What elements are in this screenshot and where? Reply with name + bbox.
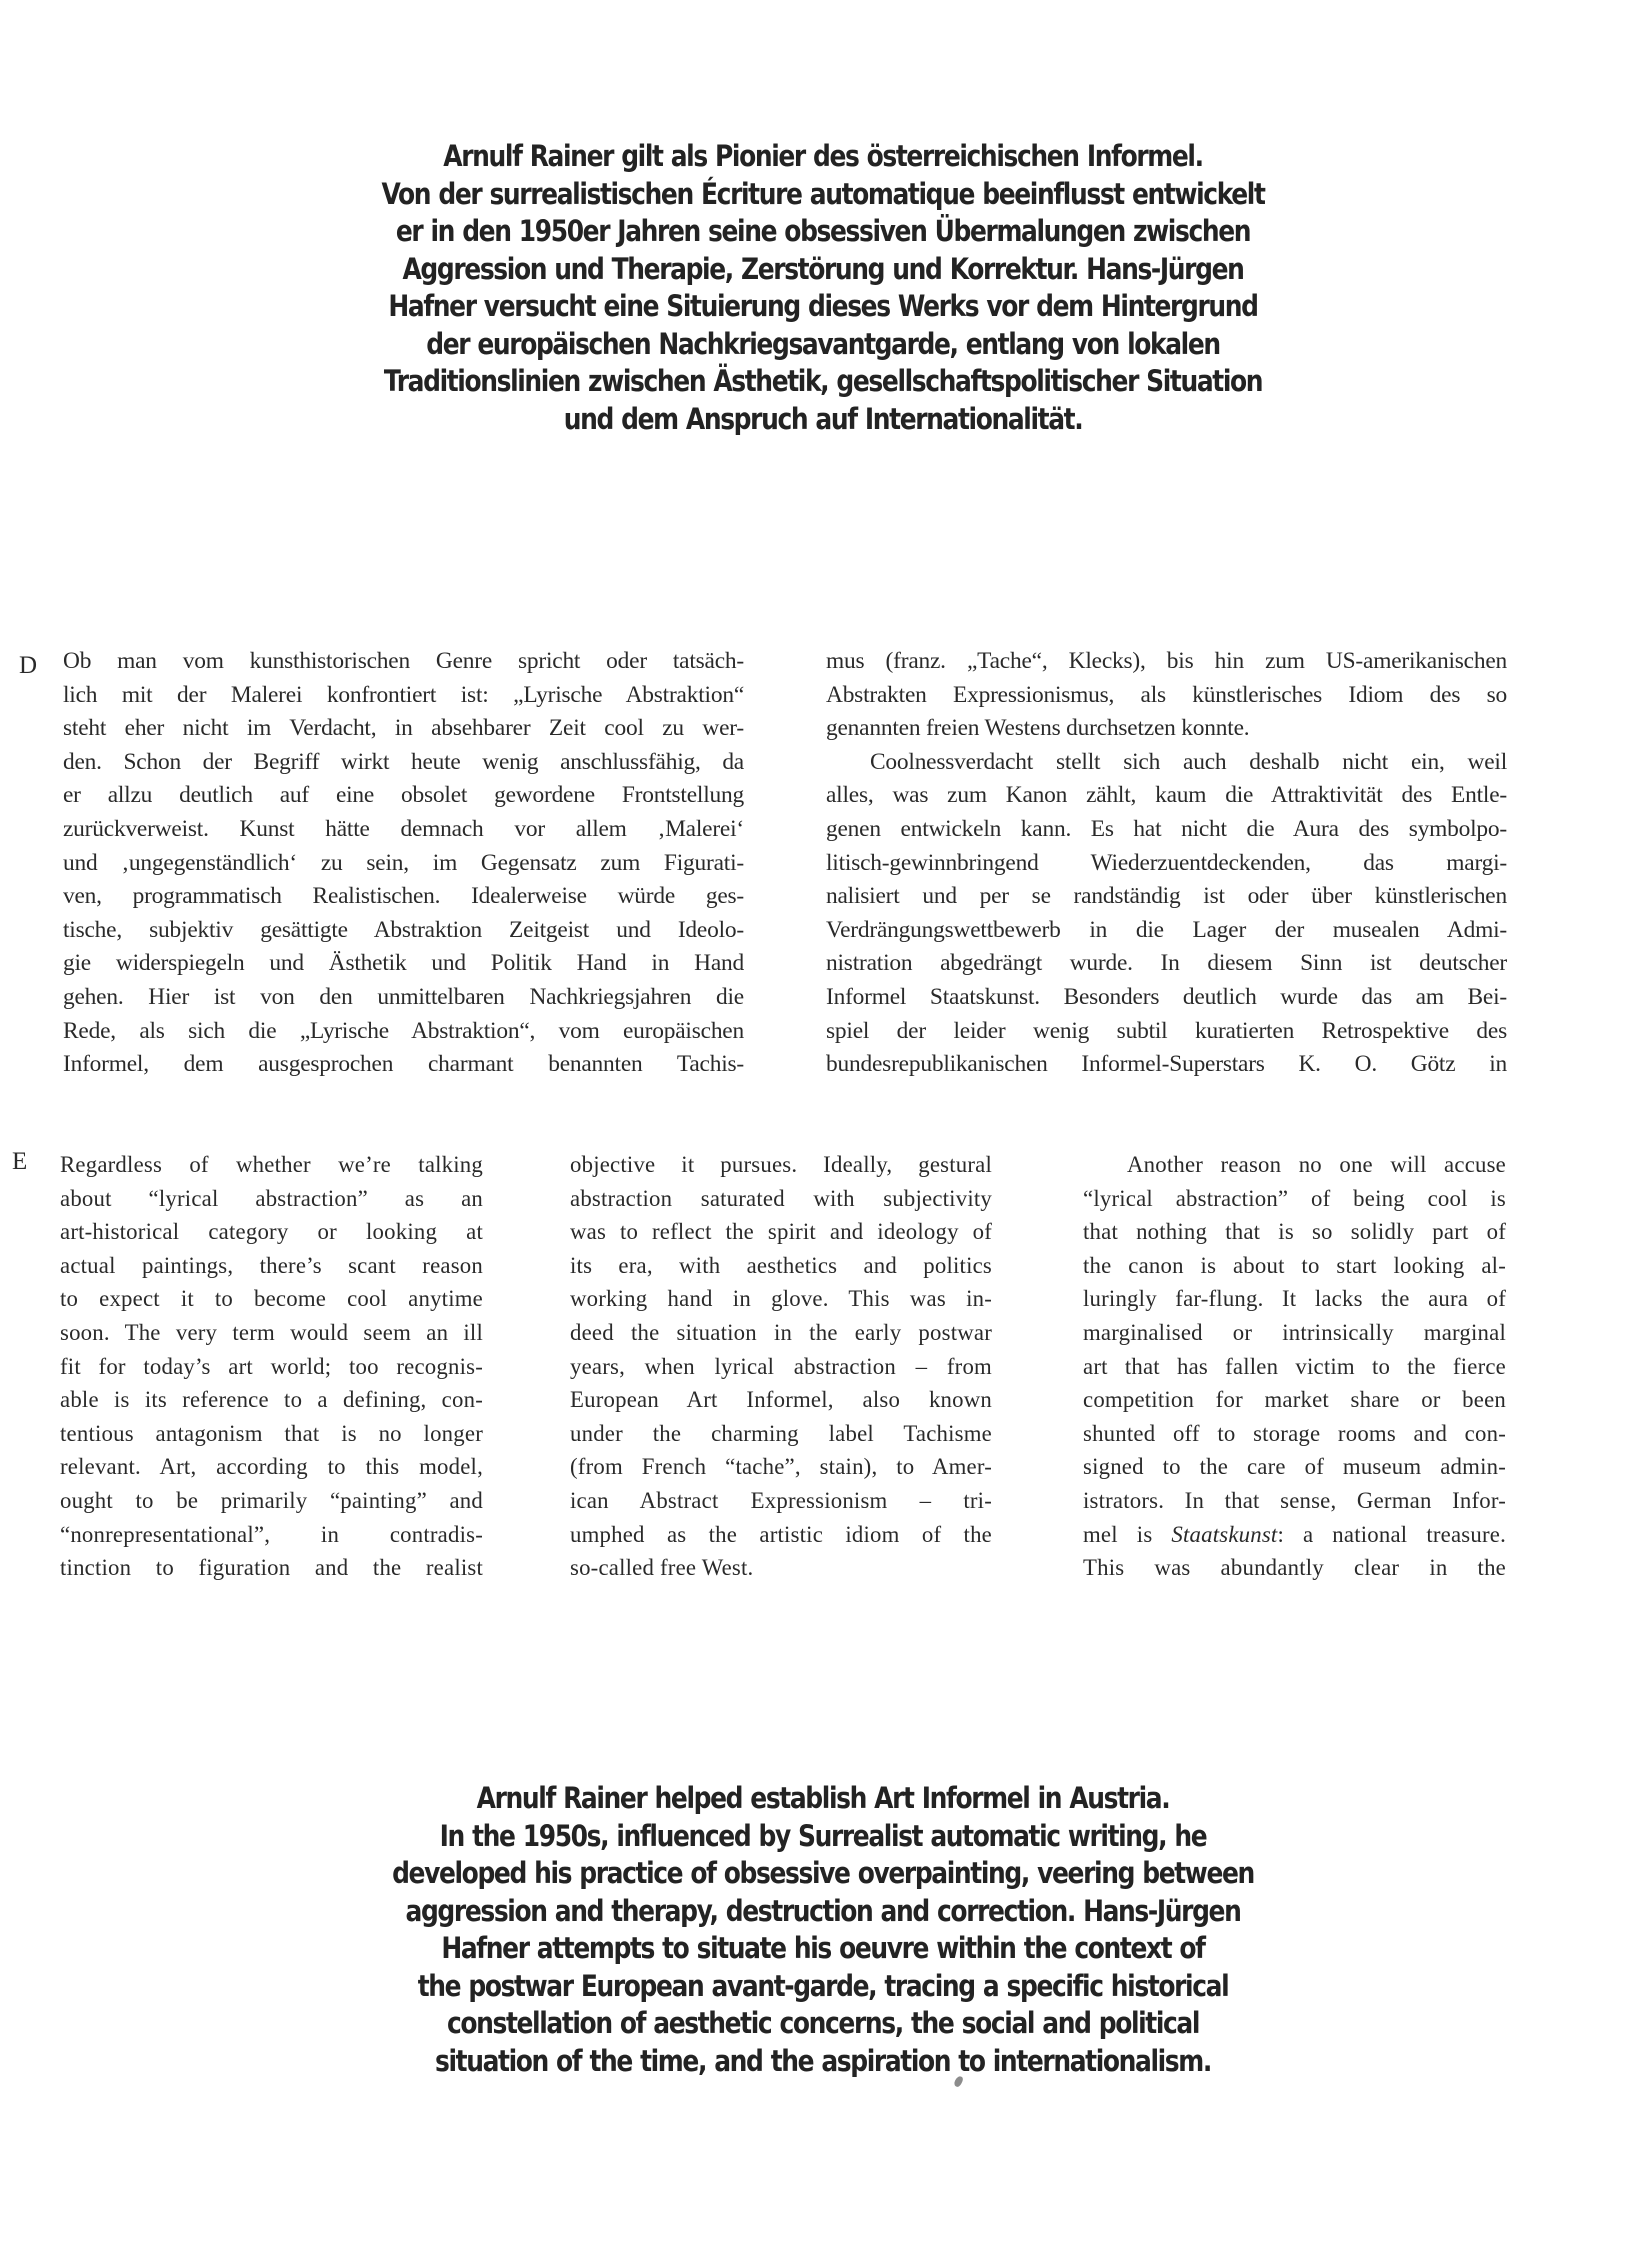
- text-line: objective it pursues. Ideally, gestural: [570, 1148, 992, 1182]
- text-fragment: : a national treasure.: [1277, 1522, 1506, 1547]
- text-fragment: mel is: [1083, 1522, 1171, 1547]
- abstract-line: und dem Anspruch auf Internationalität.: [287, 401, 1359, 439]
- abstract-line: constellation of aesthetic concerns, the…: [287, 2005, 1359, 2043]
- text-line: lich mit der Malerei konfrontiert ist: „…: [63, 679, 744, 713]
- language-marker-english: E: [12, 1148, 27, 1176]
- text-line: ican Abstract Expressionism – tri-: [570, 1484, 992, 1518]
- text-line: deed the situation in the early postwar: [570, 1316, 992, 1350]
- text-line: competition for market share or been: [1083, 1383, 1506, 1417]
- text-line: (from French “tache”, stain), to Amer-: [570, 1450, 992, 1484]
- text-line: relevant. Art, according to this model,: [60, 1450, 483, 1484]
- text-line: zurückverweist. Kunst hätte demnach vor …: [63, 813, 744, 847]
- abstract-line: Von der surrealistischen Écriture automa…: [287, 176, 1359, 214]
- text-line: Coolnessverdacht stellt sich auch deshal…: [826, 746, 1507, 780]
- abstract-line: Traditionslinien zwischen Ästhetik, gese…: [287, 363, 1359, 401]
- text-line: actual paintings, there’s scant reason: [60, 1249, 483, 1283]
- text-line: alles, was zum Kanon zählt, kaum die Att…: [826, 779, 1507, 813]
- abstract-line: Arnulf Rainer gilt als Pionier des öster…: [287, 138, 1359, 176]
- abstract-line: In the 1950s, influenced by Surrealist a…: [287, 1818, 1359, 1856]
- text-line: This was abundantly clear in the: [1083, 1551, 1506, 1585]
- text-line: shunted off to storage rooms and con-: [1083, 1417, 1506, 1451]
- text-line: bundesrepublikanischen Informel-Supersta…: [826, 1048, 1507, 1082]
- text-line: working hand in glove. This was in-: [570, 1282, 992, 1316]
- text-line: ven, programmatisch Realistischen. Ideal…: [63, 880, 744, 914]
- text-line: Verdrängungswettbewerb in die Lager der …: [826, 914, 1507, 948]
- text-line: istrators. In that sense, German Infor-: [1083, 1484, 1506, 1518]
- text-line: years, when lyrical abstraction – from: [570, 1350, 992, 1384]
- text-line: the canon is about to start looking al-: [1083, 1249, 1506, 1283]
- abstract-line: Arnulf Rainer helped establish Art Infor…: [287, 1780, 1359, 1818]
- abstract-line: er in den 1950er Jahren seine obsessiven…: [287, 213, 1359, 251]
- text-line: steht eher nicht im Verdacht, in absehba…: [63, 712, 744, 746]
- text-line: was to reflect the spirit and ideology o…: [570, 1215, 992, 1249]
- text-line: Another reason no one will accuse: [1083, 1148, 1506, 1182]
- english-column-2: objective it pursues. Ideally, gestural …: [570, 1148, 992, 1585]
- abstract-line: aggression and therapy, destruction and …: [287, 1893, 1359, 1931]
- text-line: abstraction saturated with subjectivity: [570, 1182, 992, 1216]
- text-line: litisch-gewinnbringend Wiederzuentdecken…: [826, 847, 1507, 881]
- abstract-line: developed his practice of obsessive over…: [287, 1855, 1359, 1893]
- text-line: fit for today’s art world; too recognis-: [60, 1350, 483, 1384]
- german-column-1: Ob man vom kunsthistorischen Genre spric…: [63, 645, 744, 1082]
- text-line: soon. The very term would seem an ill: [60, 1316, 483, 1350]
- text-line: so-called free West.: [570, 1551, 992, 1585]
- text-line: spiel der leider wenig subtil kuratierte…: [826, 1015, 1507, 1049]
- german-column-2: mus (franz. „Tache“, Klecks), bis hin zu…: [826, 645, 1507, 1082]
- abstract-line: der europäischen Nachkriegsavantgarde, e…: [287, 326, 1359, 364]
- abstract-line: the postwar European avant-garde, tracin…: [287, 1968, 1359, 2006]
- english-column-1: Regardless of whether we’re talking abou…: [60, 1148, 483, 1585]
- language-marker-german: D: [19, 652, 37, 680]
- text-line: to expect it to become cool anytime: [60, 1282, 483, 1316]
- italic-term: Staatskunst: [1171, 1522, 1277, 1547]
- text-line: tische, subjektiv gesättigte Abstraktion…: [63, 914, 744, 948]
- text-line: able is its reference to a defining, con…: [60, 1383, 483, 1417]
- text-line: under the charming label Tachisme: [570, 1417, 992, 1451]
- text-line: er allzu deutlich auf eine obsolet gewor…: [63, 779, 744, 813]
- text-line: Informel Staatskunst. Besonders deutlich…: [826, 981, 1507, 1015]
- text-line: Rede, als sich die „Lyrische Abstraktion…: [63, 1015, 744, 1049]
- abstract-line: Hafner versucht eine Situierung dieses W…: [287, 288, 1359, 326]
- text-line: its era, with aesthetics and politics: [570, 1249, 992, 1283]
- abstract-english: Arnulf Rainer helped establish Art Infor…: [287, 1780, 1359, 2080]
- text-line: mel is Staatskunst: a national treasure.: [1083, 1518, 1506, 1552]
- text-line: Abstrakten Expressionismus, als künstler…: [826, 679, 1507, 713]
- text-line: “lyrical abstraction” of being cool is: [1083, 1182, 1506, 1216]
- text-line: Informel, dem ausgesprochen charmant ben…: [63, 1048, 744, 1082]
- text-line: den. Schon der Begriff wirkt heute wenig…: [63, 746, 744, 780]
- abstract-line: situation of the time, and the aspiratio…: [287, 2043, 1359, 2081]
- abstract-line: Hafner attempts to situate his oeuvre wi…: [287, 1930, 1359, 1968]
- text-line: nalisiert und per se randständig ist ode…: [826, 880, 1507, 914]
- text-line: umphed as the artistic idiom of the: [570, 1518, 992, 1552]
- text-line: Regardless of whether we’re talking: [60, 1148, 483, 1182]
- text-line: nistration abgedrängt wurde. In diesem S…: [826, 947, 1507, 981]
- text-line: genannten freien Westens durchsetzen kon…: [826, 712, 1507, 746]
- text-line: Ob man vom kunsthistorischen Genre spric…: [63, 645, 744, 679]
- text-line: tentious antagonism that is no longer: [60, 1417, 483, 1451]
- text-line: about “lyrical abstraction” as an: [60, 1182, 483, 1216]
- english-column-3: Another reason no one will accuse “lyric…: [1083, 1148, 1506, 1585]
- abstract-german: Arnulf Rainer gilt als Pionier des öster…: [287, 138, 1359, 438]
- text-line: genen entwickeln kann. Es hat nicht die …: [826, 813, 1507, 847]
- text-line: gie widerspiegeln und Ästhetik und Polit…: [63, 947, 744, 981]
- text-line: European Art Informel, also known: [570, 1383, 992, 1417]
- text-line: marginalised or intrinsically marginal: [1083, 1316, 1506, 1350]
- text-line: that nothing that is so solidly part of: [1083, 1215, 1506, 1249]
- text-line: ought to be primarily “painting” and: [60, 1484, 483, 1518]
- text-line: und ‚ungegenständlich‘ zu sein, im Gegen…: [63, 847, 744, 881]
- text-line: gehen. Hier ist von den unmittelbaren Na…: [63, 981, 744, 1015]
- text-line: signed to the care of museum admin-: [1083, 1450, 1506, 1484]
- text-line: luringly far-flung. It lacks the aura of: [1083, 1282, 1506, 1316]
- text-line: “nonrepresentational”, in contradis-: [60, 1518, 483, 1552]
- abstract-line: Aggression und Therapie, Zerstörung und …: [287, 251, 1359, 289]
- text-line: tinction to figuration and the realist: [60, 1551, 483, 1585]
- text-line: art that has fallen victim to the fierce: [1083, 1350, 1506, 1384]
- text-line: art-historical category or looking at: [60, 1215, 483, 1249]
- text-line: mus (franz. „Tache“, Klecks), bis hin zu…: [826, 645, 1507, 679]
